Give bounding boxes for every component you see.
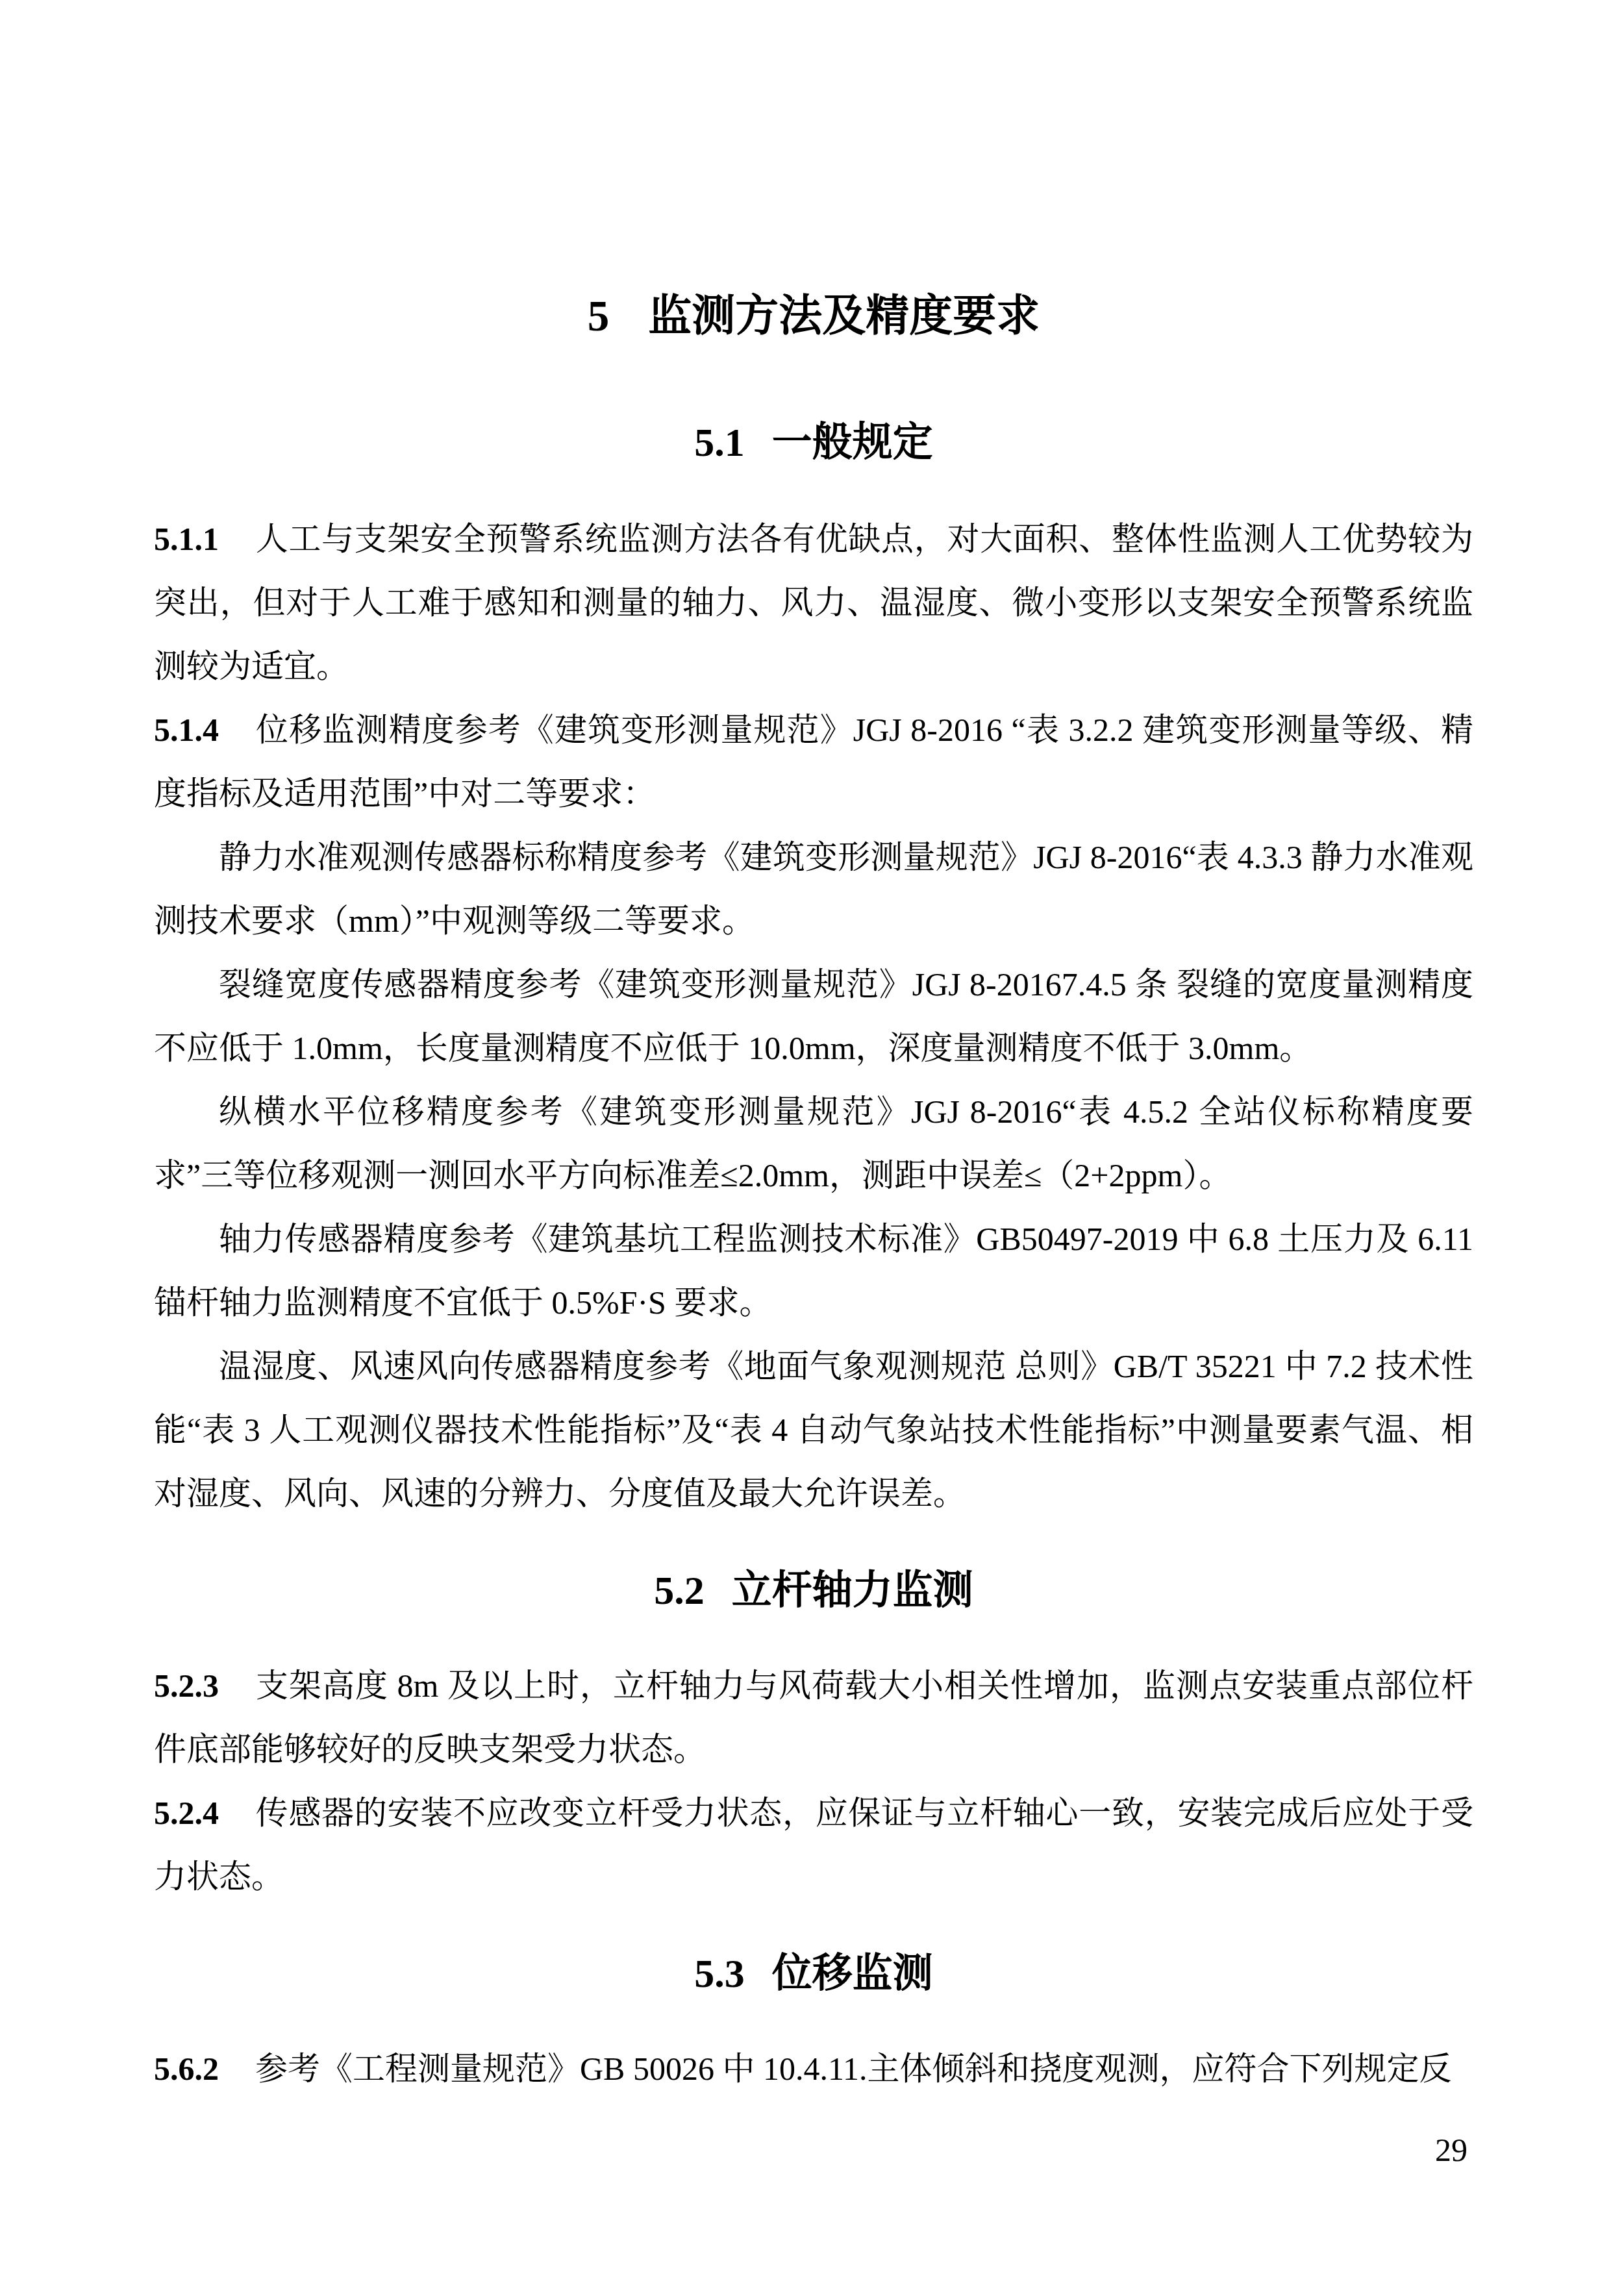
body-paragraph: 纵横水平位移精度参考《建筑变形测量规范》JGJ 8-2016“表 4.5.2 全…: [154, 1080, 1473, 1207]
clause-paragraph: 5.6.2参考《工程测量规范》GB 50026 中 10.4.11.主体倾斜和挠…: [154, 2037, 1473, 2101]
clause-paragraph: 5.1.4位移监测精度参考《建筑变形测量规范》JGJ 8-2016 “表 3.2…: [154, 698, 1473, 825]
clause-text: 人工与支架安全预警系统监测方法各有优缺点，对大面积、整体性监测人工优势较为突出，…: [154, 521, 1473, 684]
body-paragraph: 轴力传感器精度参考《建筑基坑工程监测技术标准》GB50497-2019 中 6.…: [154, 1207, 1473, 1334]
document-content: 5监测方法及精度要求 5.1一般规定 5.1.1人工与支架安全预警系统监测方法各…: [154, 0, 1473, 2101]
page-number: 29: [1435, 2134, 1468, 2166]
chapter-title: 5监测方法及精度要求: [154, 292, 1473, 340]
section-number: 5.2: [654, 1569, 705, 1613]
paragraph-text: 裂缝宽度传感器精度参考《建筑变形测量规范》JGJ 8-20167.4.5 条 裂…: [154, 966, 1473, 1066]
clause-paragraph: 5.1.1人工与支架安全预警系统监测方法各有优缺点，对大面积、整体性监测人工优势…: [154, 507, 1473, 698]
body-paragraph: 裂缝宽度传感器精度参考《建筑变形测量规范》JGJ 8-20167.4.5 条 裂…: [154, 953, 1473, 1080]
clause-number: 5.1.1: [154, 521, 219, 557]
clause-number: 5.1.4: [154, 712, 219, 748]
chapter-title-text: 监测方法及精度要求: [648, 292, 1040, 340]
paragraph-text: 静力水准观测传感器标称精度参考《建筑变形测量规范》JGJ 8-2016“表 4.…: [154, 839, 1473, 939]
chapter-number: 5: [588, 292, 610, 340]
body-paragraph: 静力水准观测传感器标称精度参考《建筑变形测量规范》JGJ 8-2016“表 4.…: [154, 825, 1473, 953]
document-body: 5.1一般规定 5.1.1人工与支架安全预警系统监测方法各有优缺点，对大面积、整…: [154, 420, 1473, 2101]
body-paragraph: 温湿度、风速风向传感器精度参考《地面气象观测规范 总则》GB/T 35221 中…: [154, 1334, 1473, 1525]
clause-paragraph: 5.2.3支架高度 8m 及以上时，立杆轴力与风荷载大小相关性增加，监测点安装重…: [154, 1654, 1473, 1781]
paragraph-text: 纵横水平位移精度参考《建筑变形测量规范》JGJ 8-2016“表 4.5.2 全…: [154, 1093, 1473, 1193]
document-page: 5监测方法及精度要求 5.1一般规定 5.1.1人工与支架安全预警系统监测方法各…: [0, 0, 1624, 2296]
section-number: 5.3: [694, 1952, 745, 1996]
clause-text: 位移监测精度参考《建筑变形测量规范》JGJ 8-2016 “表 3.2.2 建筑…: [154, 712, 1473, 812]
section-heading: 5.3位移监测: [154, 1951, 1473, 1997]
section-number: 5.1: [694, 421, 745, 465]
clause-text: 参考《工程测量规范》GB 50026 中 10.4.11.主体倾斜和挠度观测，应…: [255, 2051, 1452, 2087]
section-heading-text: 一般规定: [772, 421, 933, 465]
paragraph-text: 轴力传感器精度参考《建筑基坑工程监测技术标准》GB50497-2019 中 6.…: [154, 1221, 1473, 1321]
section-heading: 5.1一般规定: [154, 420, 1473, 466]
clause-text: 传感器的安装不应改变立杆受力状态，应保证与立杆轴心一致，安装完成后应处于受力状态…: [154, 1795, 1473, 1895]
clause-number: 5.2.4: [154, 1795, 219, 1831]
section-heading-text: 立杆轴力监测: [732, 1569, 973, 1613]
clause-text: 支架高度 8m 及以上时，立杆轴力与风荷载大小相关性增加，监测点安装重点部位杆件…: [154, 1667, 1473, 1767]
clause-number: 5.2.3: [154, 1667, 219, 1704]
clause-number: 5.6.2: [154, 2051, 219, 2087]
section-heading-text: 位移监测: [772, 1952, 933, 1996]
clause-paragraph: 5.2.4传感器的安装不应改变立杆受力状态，应保证与立杆轴心一致，安装完成后应处…: [154, 1781, 1473, 1908]
section-heading: 5.2立杆轴力监测: [154, 1568, 1473, 1614]
paragraph-text: 温湿度、风速风向传感器精度参考《地面气象观测规范 总则》GB/T 35221 中…: [154, 1348, 1473, 1512]
